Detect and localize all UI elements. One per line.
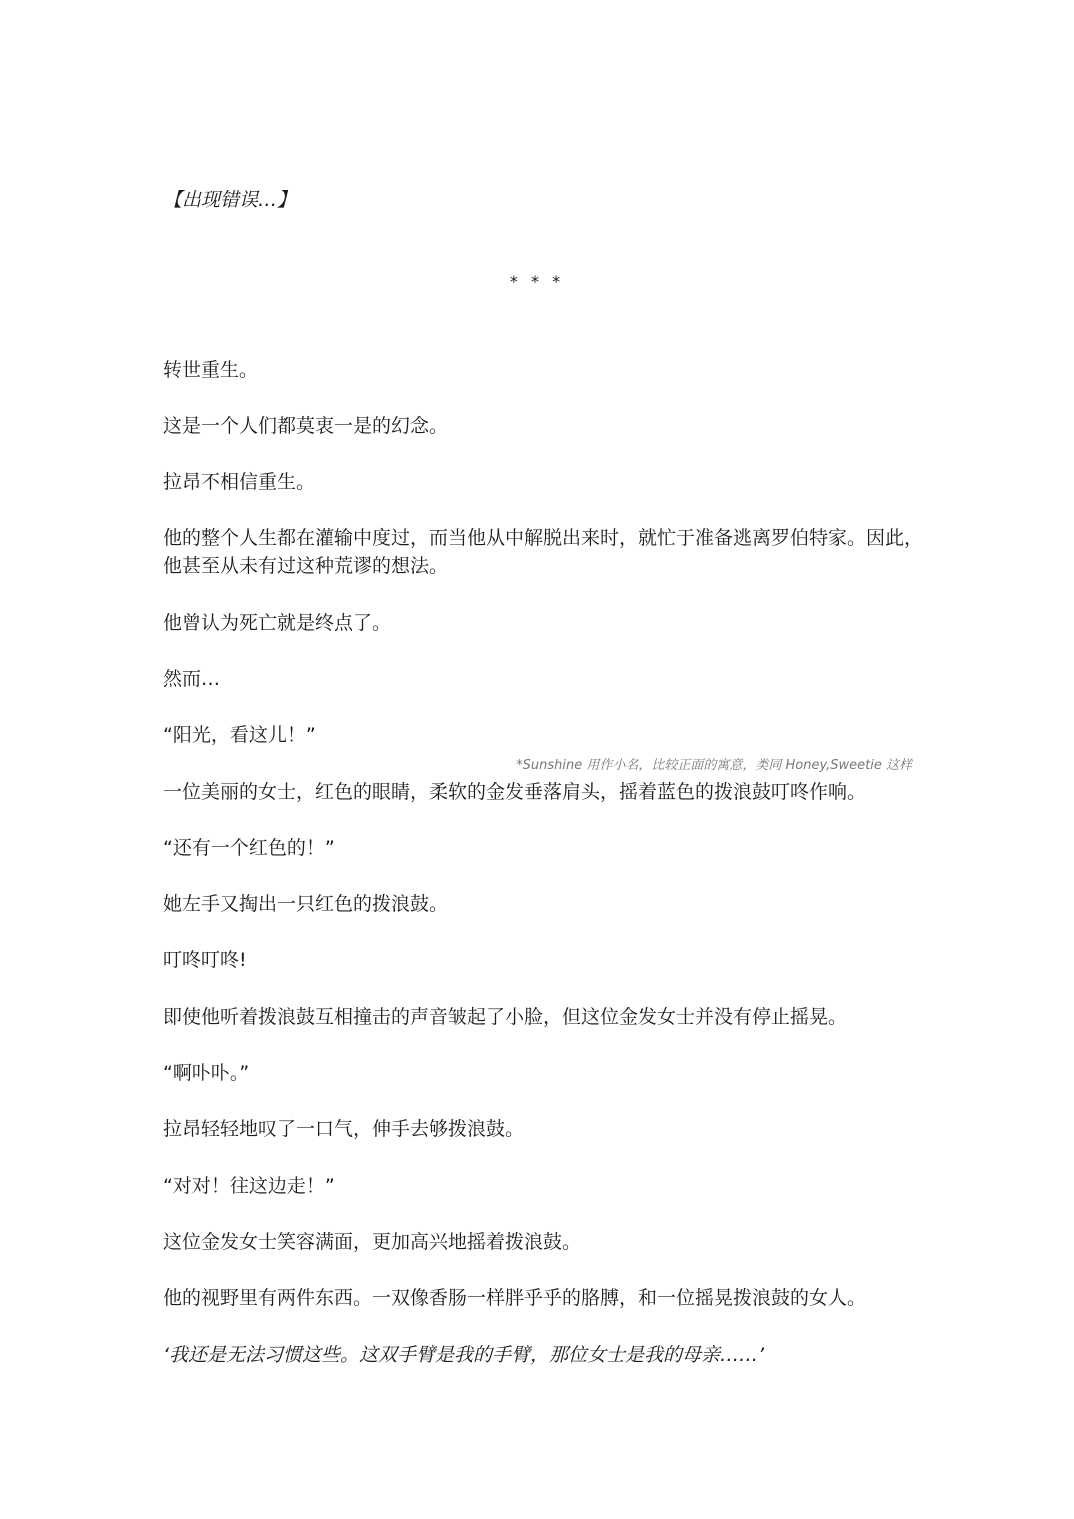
paragraph: 即使他听着拨浪鼓互相撞击的声音皱起了小脸，但这位金发女士并没有停止摇晃。 bbox=[163, 1003, 847, 1031]
paragraph: 叮咚叮咚! bbox=[163, 946, 247, 974]
paragraph: 她左手又掏出一只红色的拨浪鼓。 bbox=[163, 890, 448, 918]
paragraph: 一位美丽的女士，红色的眼睛，柔软的金发垂落肩头，摇着蓝色的拨浪鼓叮咚作响。 bbox=[163, 778, 866, 806]
paragraph: 转世重生。 bbox=[163, 356, 258, 384]
section-separator: * * * bbox=[0, 272, 1074, 291]
paragraph: 他的视野里有两件东西。一双像香肠一样胖乎乎的胳膊，和一位摇晃拨浪鼓的女人。 bbox=[163, 1284, 866, 1312]
paragraph: 拉昂轻轻地叹了一口气，伸手去够拨浪鼓。 bbox=[163, 1115, 524, 1143]
paragraph: 然而… bbox=[163, 665, 220, 693]
error-header: 【出现错误…】 bbox=[163, 186, 296, 214]
dialogue: “对对！往这边走！” bbox=[163, 1172, 335, 1200]
dialogue: “还有一个红色的！” bbox=[163, 834, 335, 862]
paragraph: 他的整个人生都在灌输中度过，而当他从中解脱出来时，就忙于准备逃离罗伯特家。因此， bbox=[163, 524, 923, 552]
dialogue: “啊卟卟。” bbox=[163, 1059, 249, 1087]
paragraph: 他甚至从未有过这种荒谬的想法。 bbox=[163, 552, 448, 580]
paragraph: 他曾认为死亡就是终点了。 bbox=[163, 609, 391, 637]
paragraph: 这位金发女士笑容满面，更加高兴地摇着拨浪鼓。 bbox=[163, 1228, 581, 1256]
paragraph: 这是一个人们都莫衷一是的幻念。 bbox=[163, 412, 448, 440]
inner-thought: ‘我还是无法习惯这些。这双手臂是我的手臂，那位女士是我的母亲……’ bbox=[163, 1341, 764, 1369]
footnote: *Sunshine 用作小名，比较正面的寓意，类同 Honey,Sweetie … bbox=[516, 754, 912, 773]
dialogue: “阳光，看这儿！” bbox=[163, 721, 316, 749]
paragraph: 拉昂不相信重生。 bbox=[163, 468, 315, 496]
